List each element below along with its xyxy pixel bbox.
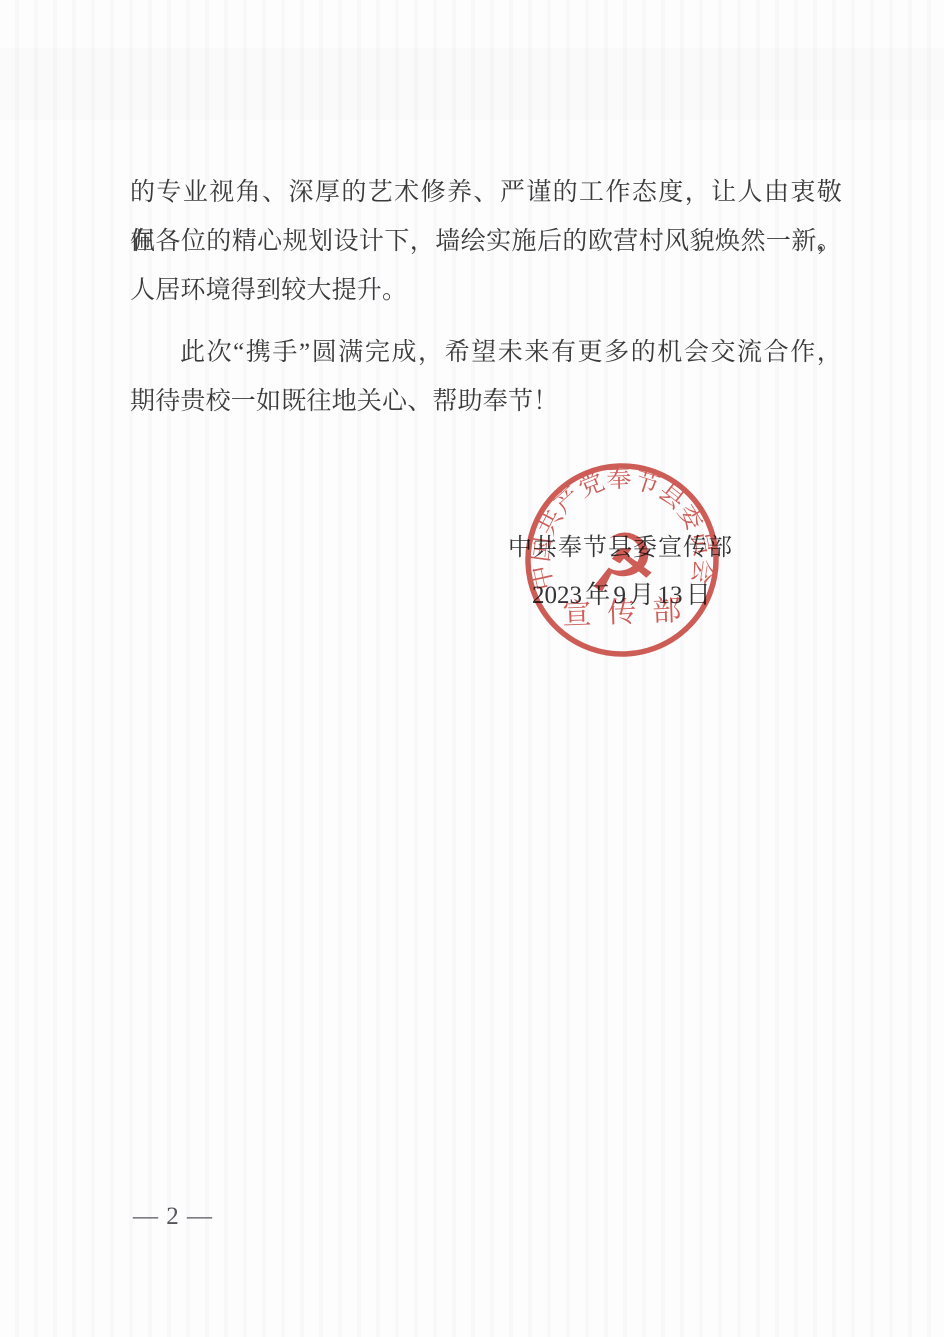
- document-page: 的专业视角、深厚的艺术修养、严谨的工作态度，让人由衷敬佩。 在各位的精心规划设计…: [0, 0, 944, 1337]
- text-line-2: 在各位的精心规划设计下，墙绘实施后的欧营村风貌焕然一新，: [130, 217, 842, 266]
- text-line-5: 期待贵校一如既往地关心、帮助奉节！: [130, 377, 842, 426]
- body-paragraph-1: 的专业视角、深厚的艺术修养、严谨的工作态度，让人由衷敬佩。 在各位的精心规划设计…: [130, 168, 842, 315]
- text-line-4: 此次“携手”圆满完成，希望未来有更多的机会交流合作，: [130, 328, 842, 377]
- text-line-1: 的专业视角、深厚的艺术修养、严谨的工作态度，让人由衷敬佩。: [130, 168, 842, 217]
- official-seal: 中国共产党奉节县委员会 ☭ 宣传部: [519, 457, 726, 664]
- body-paragraph-2: 此次“携手”圆满完成，希望未来有更多的机会交流合作， 期待贵校一如既往地关心、帮…: [130, 328, 842, 426]
- seal-bottom-text: 宣传部: [562, 593, 698, 631]
- text-line-3: 人居环境得到较大提升。: [130, 266, 842, 315]
- page-number: — 2 —: [133, 1203, 213, 1231]
